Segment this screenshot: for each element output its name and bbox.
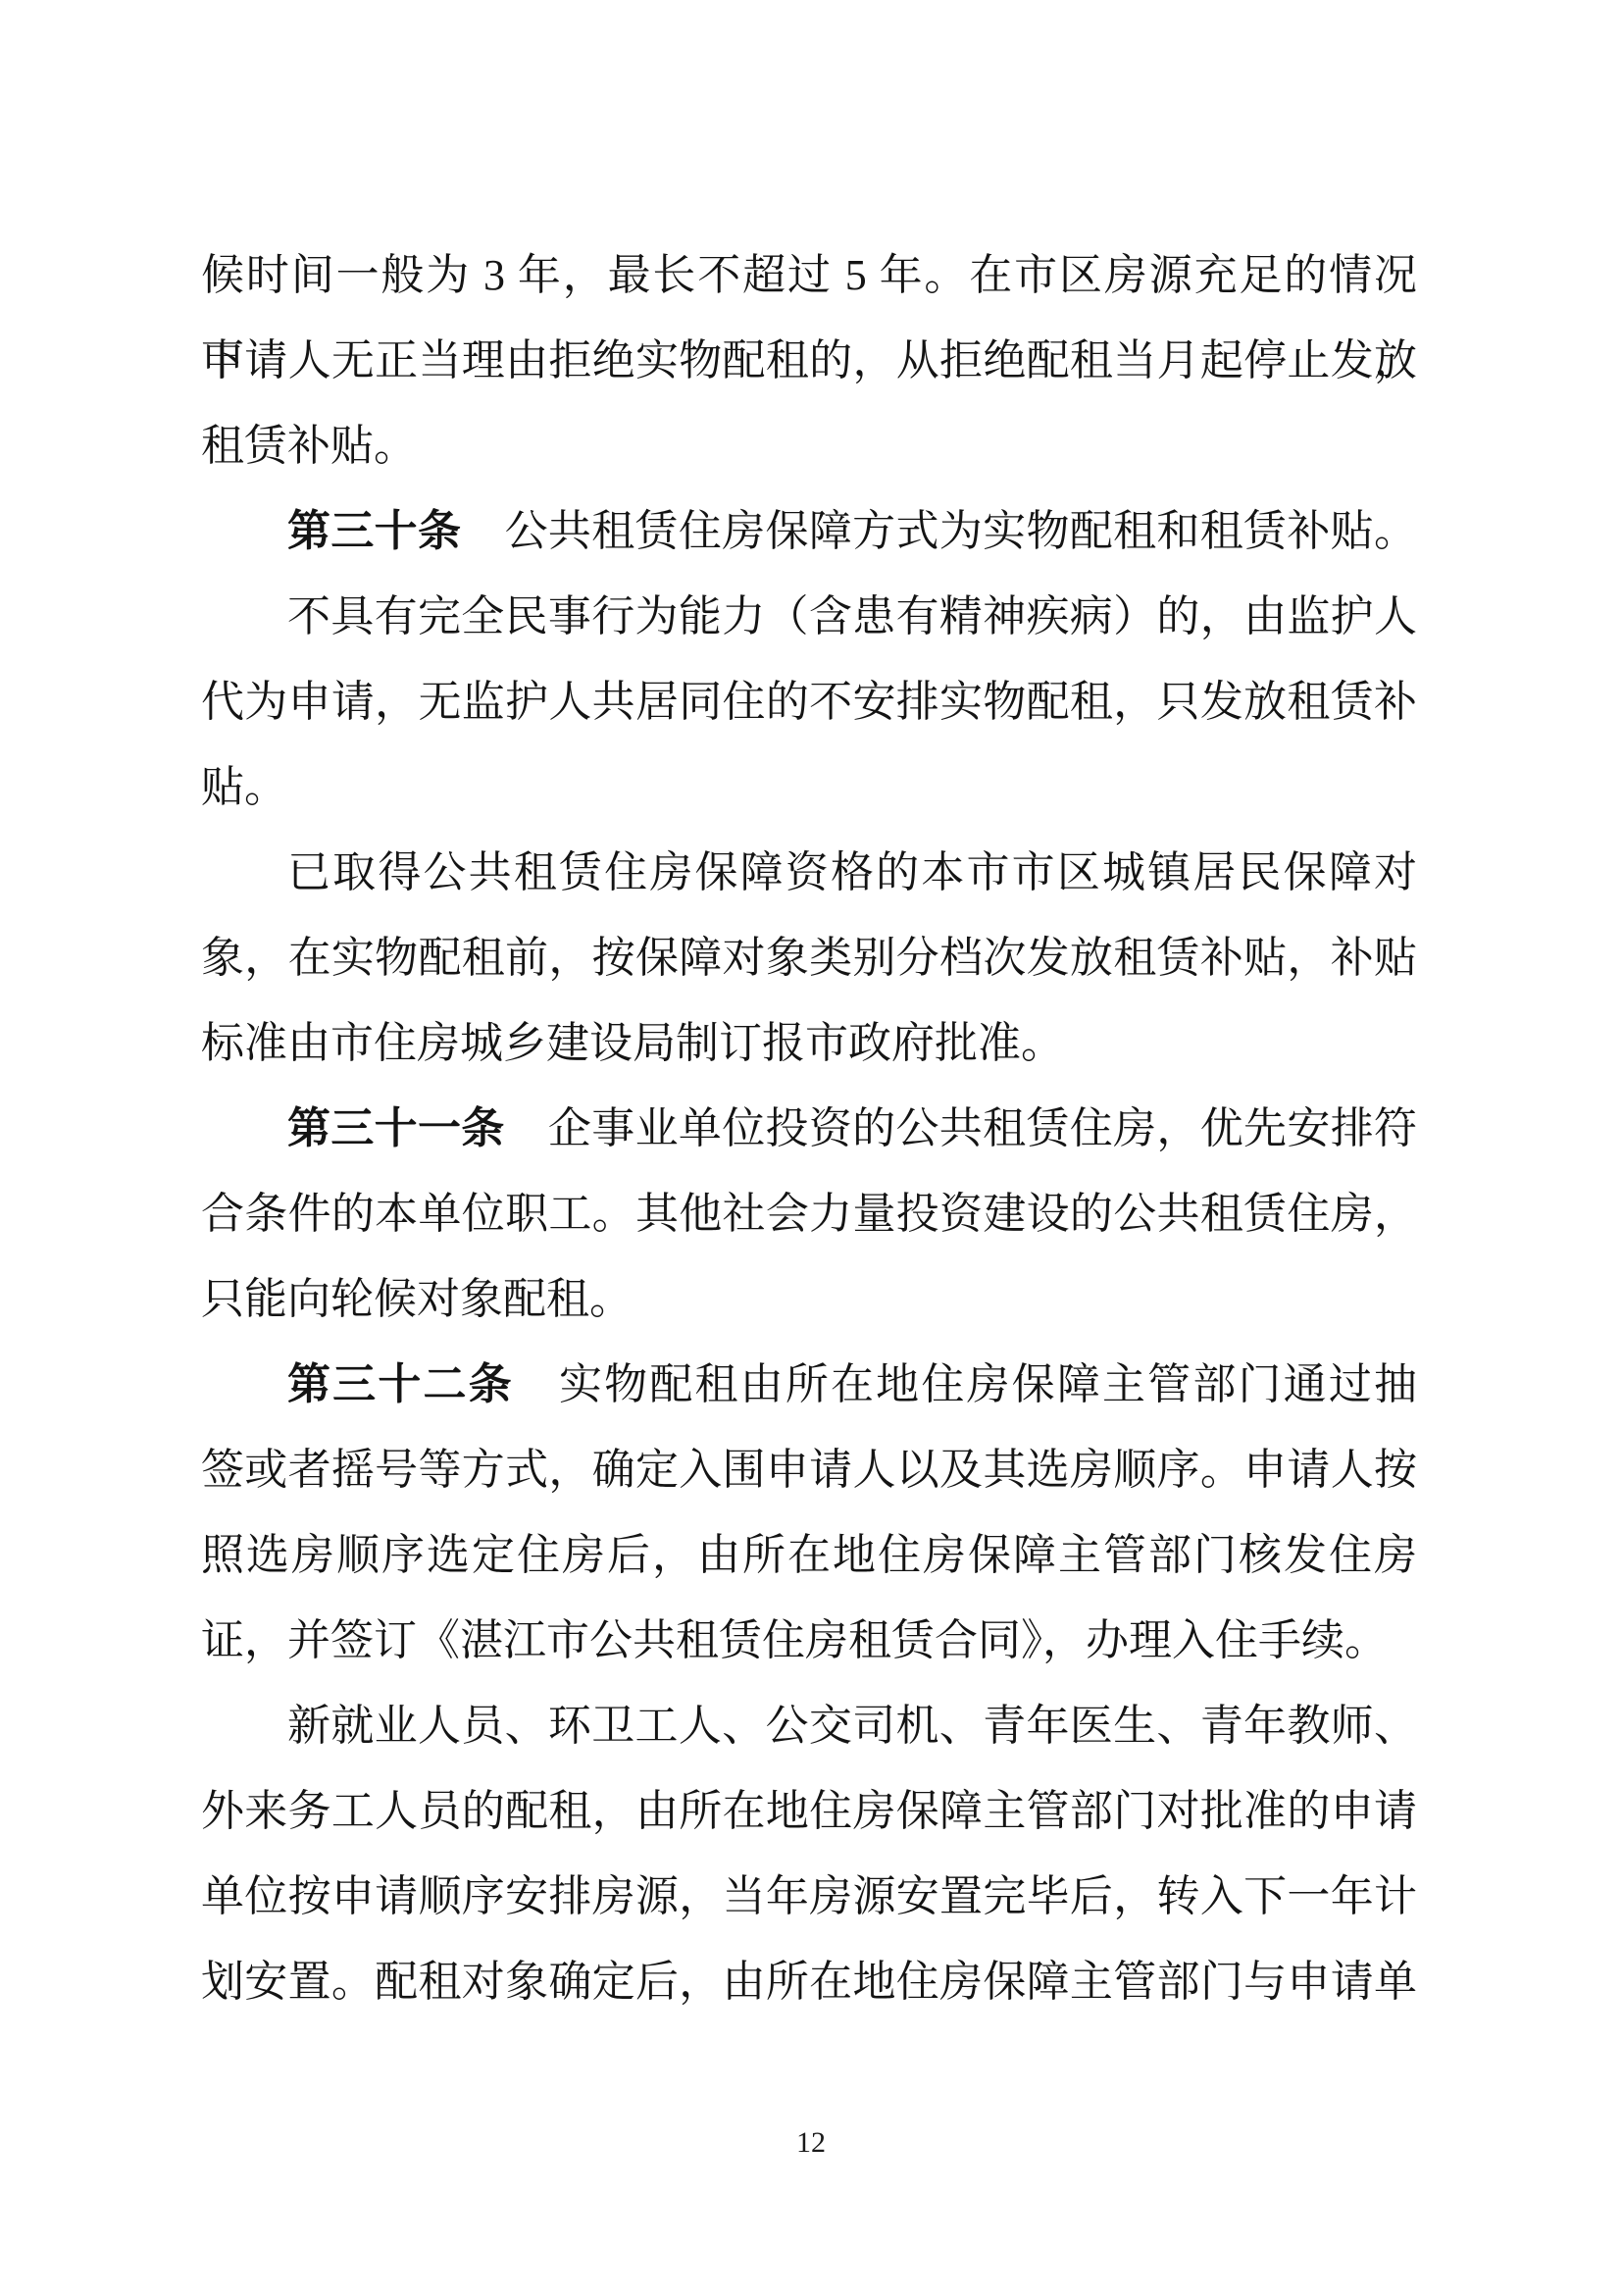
line-text: 外来务工人员的配租，由所在地住房保障主管部门对批准的申请 xyxy=(201,1787,1417,1835)
line-text: 实物配租由所在地住房保障主管部门通过抽 xyxy=(514,1360,1417,1408)
line-text: 合条件的本单位职工。其他社会力量投资建设的公共租赁住房， xyxy=(201,1190,1417,1238)
line-text: 贴。 xyxy=(201,763,287,811)
text-line: 候时间一般为 3 年，最长不超过 5 年。在市区房源充足的情况下， xyxy=(201,232,1417,318)
text-line: 签或者摇号等方式，确定入围申请人以及其选房顺序。申请人按 xyxy=(201,1427,1417,1512)
line-text: 签或者摇号等方式，确定入围申请人以及其选房顺序。申请人按 xyxy=(201,1446,1417,1494)
article-number: 第三十二条 xyxy=(287,1360,514,1408)
line-text: 标准由市住房城乡建设局制订报市政府批准。 xyxy=(201,1019,1064,1067)
text-line: 合条件的本单位职工。其他社会力量投资建设的公共租赁住房， xyxy=(201,1171,1417,1256)
text-line: 外来务工人员的配租，由所在地住房保障主管部门对批准的申请 xyxy=(201,1768,1417,1854)
line-text: 新就业人员、环卫工人、公交司机、青年医生、青年教师、 xyxy=(287,1702,1417,1750)
document-body: 候时间一般为 3 年，最长不超过 5 年。在市区房源充足的情况下，申请人无正当理… xyxy=(201,232,1417,2024)
article-number: 第三十条 xyxy=(287,507,461,555)
text-line: 第三十一条 企事业单位投资的公共租赁住房，优先安排符 xyxy=(201,1086,1417,1171)
text-line: 只能向轮候对象配租。 xyxy=(201,1256,1417,1342)
text-line: 租赁补贴。 xyxy=(201,403,1417,488)
text-line: 代为申请，无监护人共居同住的不安排实物配租，只发放租赁补 xyxy=(201,659,1417,744)
line-text: 租赁补贴。 xyxy=(201,422,417,470)
line-text: 已取得公共租赁住房保障资格的本市市区城镇居民保障对 xyxy=(287,848,1417,896)
text-line: 第三十二条 实物配租由所在地住房保障主管部门通过抽 xyxy=(201,1342,1417,1427)
text-line: 贴。 xyxy=(201,744,1417,830)
line-text: 象，在实物配租前，按保障对象类别分档次发放租赁补贴，补贴 xyxy=(201,934,1417,982)
text-line: 已取得公共租赁住房保障资格的本市市区城镇居民保障对 xyxy=(201,830,1417,915)
text-line: 申请人无正当理由拒绝实物配租的，从拒绝配租当月起停止发放 xyxy=(201,318,1417,403)
line-text: 不具有完全民事行为能力（含患有精神疾病）的，由监护人 xyxy=(287,592,1417,640)
line-text: 证，并签订《湛江市公共租赁住房租赁合同》，办理入住手续。 xyxy=(201,1616,1388,1664)
document-page: 候时间一般为 3 年，最长不超过 5 年。在市区房源充足的情况下，申请人无正当理… xyxy=(0,0,1622,2296)
text-line: 标准由市住房城乡建设局制订报市政府批准。 xyxy=(201,1000,1417,1086)
text-line: 照选房顺序选定住房后，由所在地住房保障主管部门核发住房 xyxy=(201,1512,1417,1598)
line-text: 划安置。配租对象确定后，由所在地住房保障主管部门与申请单 xyxy=(201,1958,1417,2006)
text-line: 划安置。配租对象确定后，由所在地住房保障主管部门与申请单 xyxy=(201,1939,1417,2024)
text-line: 证，并签订《湛江市公共租赁住房租赁合同》，办理入住手续。 xyxy=(201,1598,1417,1683)
line-text: 企事业单位投资的公共租赁住房，优先安排符 xyxy=(505,1104,1417,1152)
text-line: 不具有完全民事行为能力（含患有精神疾病）的，由监护人 xyxy=(201,574,1417,659)
article-number: 第三十一条 xyxy=(287,1104,505,1152)
text-line: 单位按申请顺序安排房源，当年房源安置完毕后，转入下一年计 xyxy=(201,1854,1417,1939)
line-text: 申请人无正当理由拒绝实物配租的，从拒绝配租当月起停止发放 xyxy=(201,336,1417,384)
page-number: 12 xyxy=(0,2126,1622,2160)
text-line: 第三十条 公共租赁住房保障方式为实物配租和租赁补贴。 xyxy=(201,488,1417,574)
line-text: 公共租赁住房保障方式为实物配租和租赁补贴。 xyxy=(461,507,1417,555)
line-text: 单位按申请顺序安排房源，当年房源安置完毕后，转入下一年计 xyxy=(201,1872,1417,1920)
text-line: 新就业人员、环卫工人、公交司机、青年医生、青年教师、 xyxy=(201,1683,1417,1768)
line-text: 代为申请，无监护人共居同住的不安排实物配租，只发放租赁补 xyxy=(201,678,1417,726)
text-line: 象，在实物配租前，按保障对象类别分档次发放租赁补贴，补贴 xyxy=(201,915,1417,1000)
line-text: 照选房顺序选定住房后，由所在地住房保障主管部门核发住房 xyxy=(201,1531,1417,1579)
line-text: 只能向轮候对象配租。 xyxy=(201,1275,633,1323)
